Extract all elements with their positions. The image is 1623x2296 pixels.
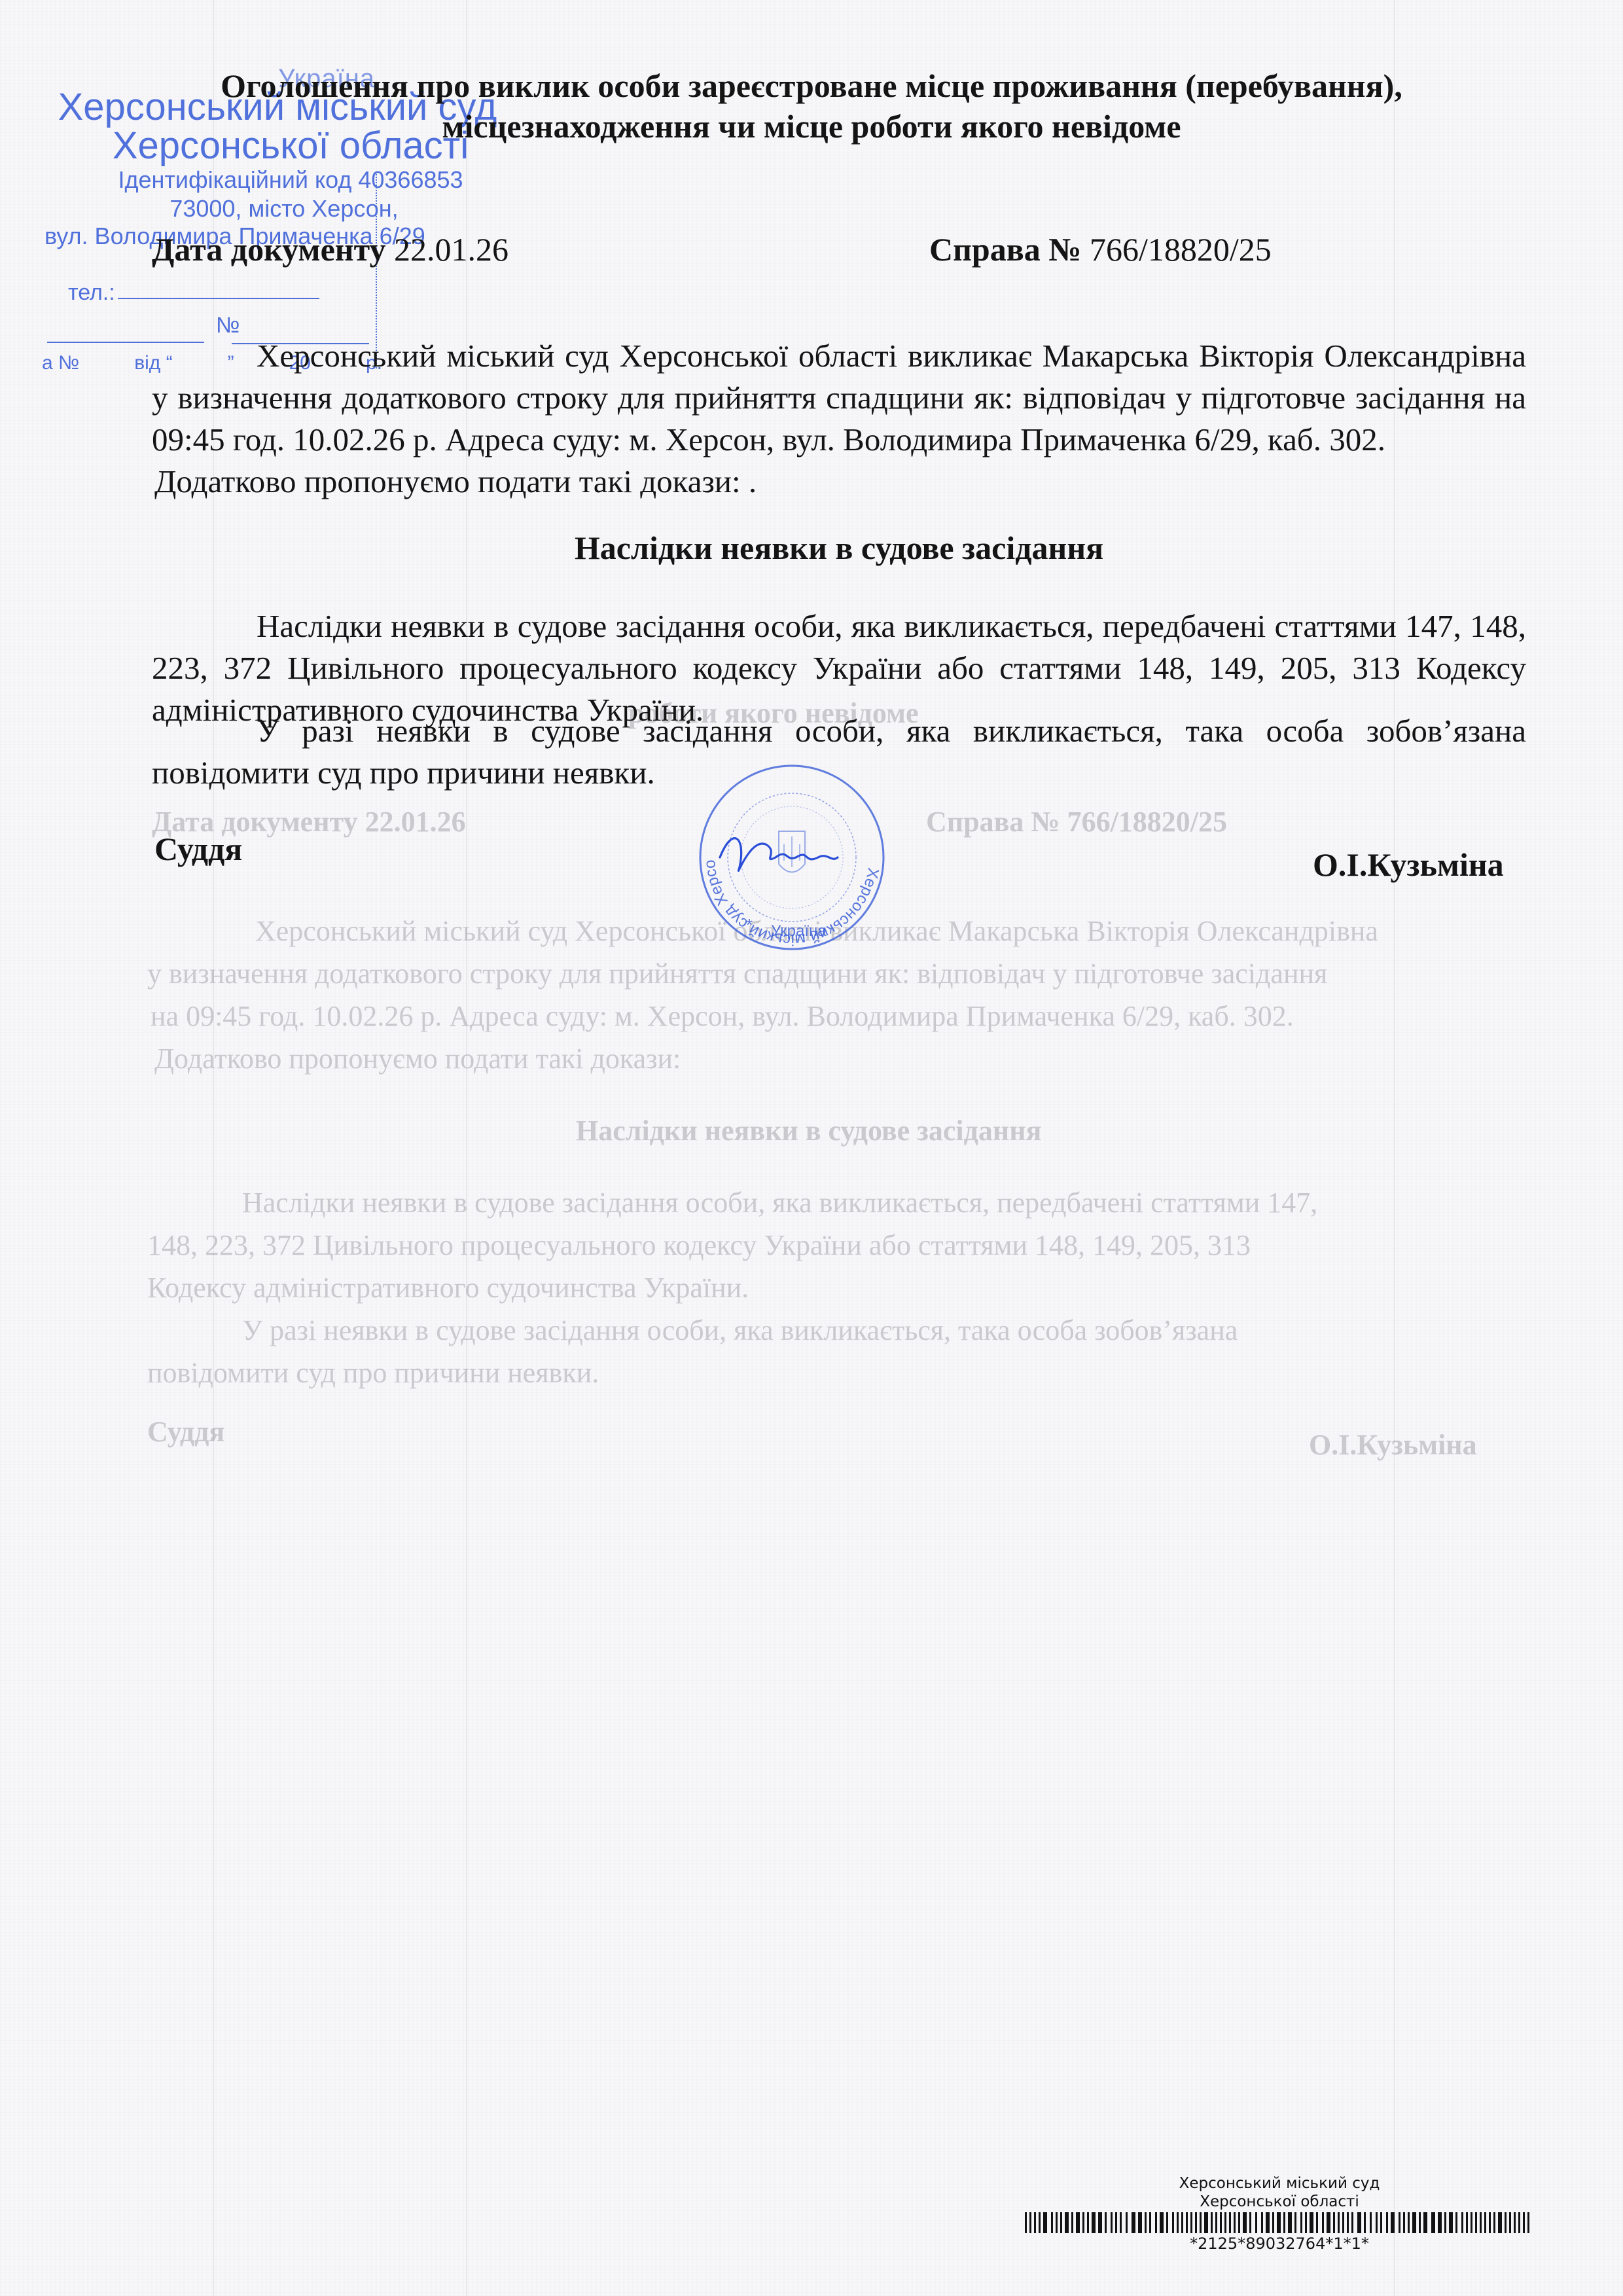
barcode-bar [1215, 2212, 1217, 2233]
barcode-bar [1466, 2212, 1468, 2233]
barcode-bar [1342, 2212, 1344, 2233]
barcode-bar [1419, 2212, 1421, 2233]
barcode-bar [1527, 2212, 1529, 2233]
barcode-bar [1034, 2212, 1036, 2233]
ghost-judge-label: Суддя [147, 1414, 224, 1450]
ghost-text-line: повідомити суд про причини неявки. [147, 1355, 599, 1391]
ghost-case: Справа № 766/18820/25 [926, 804, 1227, 840]
barcode-bar [1071, 2212, 1073, 2233]
barcode-bar [1087, 2212, 1089, 2233]
barcode-bar [1399, 2212, 1400, 2233]
barcode-bar [1166, 2212, 1168, 2233]
barcode [1025, 2212, 1534, 2233]
document-date: Дата документу 22.01.26 [152, 230, 508, 268]
barcode-bar [1115, 2212, 1117, 2233]
barcode-bar [1211, 2212, 1213, 2233]
barcode-bar [1145, 2212, 1147, 2233]
barcode-bar [1294, 2212, 1296, 2233]
barcode-bar [1076, 2212, 1080, 2233]
barcode-bar [1172, 2212, 1174, 2233]
document-title: Оголошення про виклик особи зареєстрован… [131, 65, 1492, 147]
ghost-text-line: Наслідки неявки в судове засідання особи… [242, 1185, 1317, 1221]
barcode-bar [1403, 2212, 1405, 2233]
barcode-bar [1126, 2212, 1128, 2233]
judge-name: О.І.Кузьміна [1313, 846, 1504, 884]
barcode-bar [1229, 2212, 1231, 2233]
barcode-bar [1310, 2212, 1313, 2233]
barcode-bar [1120, 2212, 1122, 2233]
ghost-judge-name: О.І.Кузьміна [1309, 1427, 1477, 1463]
barcode-bar [1249, 2212, 1251, 2233]
barcode-bar [1105, 2212, 1107, 2233]
barcode-bar [1423, 2212, 1427, 2233]
case-number: Справа № 766/18820/25 [929, 230, 1272, 268]
ghost-text-line: Додатково пропонуємо подати такі докази: [154, 1041, 681, 1077]
case-label: Справа № [929, 231, 1081, 268]
barcode-bar [1138, 2212, 1142, 2233]
ghost-text-line: у визначення додаткового строку для прий… [147, 956, 1327, 992]
title-line-2: місцезнаходження чи місце роботи якого н… [131, 106, 1492, 147]
case-value: 766/18820/25 [1090, 231, 1272, 268]
barcode-bar [1338, 2212, 1340, 2233]
barcode-bar [1190, 2212, 1192, 2233]
barcode-bar [1333, 2212, 1335, 2233]
seal-icon: Херсонський міський суд Херсонської обла… [694, 759, 890, 956]
barcode-bar [1272, 2212, 1274, 2233]
barcode-bar [1186, 2212, 1188, 2233]
barcode-bar [1300, 2212, 1302, 2233]
svg-text:Україна: Україна [771, 922, 827, 940]
barcode-bar [1155, 2212, 1157, 2233]
barcode-bar [1357, 2212, 1361, 2233]
barcode-bar [1505, 2212, 1507, 2233]
ghost-heading: Наслідки неявки в судове засідання [576, 1113, 1041, 1149]
barcode-bar [1493, 2212, 1495, 2233]
judge-label: Суддя [154, 830, 242, 868]
barcode-bar [1082, 2212, 1084, 2233]
stamp-city: 73000, місто Херсон, [55, 194, 513, 223]
court-seal: Херсонський міський суд Херсонської обла… [694, 759, 890, 956]
barcode-bar [1376, 2212, 1378, 2233]
barcode-bar [1266, 2212, 1270, 2233]
barcode-bar [1484, 2212, 1486, 2233]
barcode-bar [1322, 2212, 1324, 2233]
barcode-text: *2125*89032764*1*1* [1021, 2234, 1538, 2253]
stamp-ref-no: а № [42, 352, 79, 374]
barcode-bar [1305, 2212, 1307, 2233]
barcode-bar [1523, 2212, 1525, 2233]
barcode-bar [1471, 2212, 1472, 2233]
footer-court-line2: Херсонської області [1021, 2193, 1538, 2211]
title-line-1: Оголошення про виклик особи зареєстрован… [131, 65, 1492, 106]
barcode-bar [1132, 2212, 1135, 2233]
summons-text: Херсонський міський суд Херсонської обла… [152, 335, 1526, 461]
barcode-bar [1431, 2212, 1435, 2233]
barcode-bar [1351, 2212, 1353, 2233]
barcode-bar [1489, 2212, 1491, 2233]
stamp-id-code: Ідентифікаційний код 40366853 [68, 166, 513, 194]
evidence-text: Додатково пропонуємо подати такі докази:… [152, 461, 1526, 503]
barcode-bar [1498, 2212, 1502, 2233]
date-label: Дата документу [152, 231, 385, 268]
barcode-bar [1391, 2212, 1395, 2233]
barcode-bar [1475, 2212, 1477, 2233]
barcode-bar [1412, 2212, 1416, 2233]
barcode-bar [1461, 2212, 1463, 2233]
barcode-bar [1438, 2212, 1442, 2233]
ghost-text-line: У разі неявки в судове засідання особи, … [242, 1312, 1238, 1348]
barcode-bar [1277, 2212, 1281, 2233]
barcode-bar [1065, 2212, 1069, 2233]
barcode-bar [1255, 2212, 1257, 2233]
barcode-bar [1092, 2212, 1096, 2233]
ghost-text-line: на 09:45 год. 10.02.26 р. Адреса суду: м… [151, 998, 1294, 1034]
barcode-bar [1195, 2212, 1197, 2233]
barcode-bar [1056, 2212, 1058, 2233]
barcode-bar [1200, 2212, 1202, 2233]
barcode-bar [1480, 2212, 1482, 2233]
date-value: 22.01.26 [394, 231, 508, 268]
barcode-bar [1408, 2212, 1410, 2233]
footer-block: Херсонський міський суд Херсонської обла… [1021, 2174, 1538, 2253]
barcode-bar [1039, 2212, 1041, 2233]
barcode-bar [1514, 2212, 1516, 2233]
barcode-bar [1444, 2212, 1446, 2233]
barcode-bar [1509, 2212, 1511, 2233]
barcode-bar [1449, 2212, 1453, 2233]
barcode-bar [1177, 2212, 1179, 2233]
barcode-bar [1370, 2212, 1372, 2233]
barcode-bar [1518, 2212, 1520, 2233]
footer-court-line1: Херсонський міський суд [1021, 2174, 1538, 2193]
svg-text:*: * [746, 915, 753, 935]
barcode-bar [1098, 2212, 1102, 2233]
barcode-bar [1238, 2212, 1240, 2233]
stamp-tel-line [118, 298, 319, 299]
barcode-bar [1181, 2212, 1183, 2233]
barcode-bar [1288, 2212, 1292, 2233]
stamp-tel-label: тел.: [68, 280, 115, 306]
barcode-bar [1455, 2212, 1457, 2233]
barcode-bar [1160, 2212, 1164, 2233]
barcode-bar [1364, 2212, 1366, 2233]
ghost-text-line: 148, 223, 372 Цивільного процесуального … [147, 1227, 1251, 1263]
barcode-bar [1029, 2212, 1031, 2233]
barcode-bar [1386, 2212, 1388, 2233]
barcode-bar [1149, 2212, 1151, 2233]
barcode-bar [1261, 2212, 1263, 2233]
summons-paragraph: Херсонський міський суд Херсонської обла… [152, 335, 1526, 503]
barcode-bar [1380, 2212, 1382, 2233]
barcode-bar [1347, 2212, 1349, 2233]
barcode-bar [1283, 2212, 1285, 2233]
barcode-bar [1111, 2212, 1113, 2233]
barcode-bar [1043, 2212, 1047, 2233]
barcode-bar [1243, 2212, 1247, 2233]
ghost-text-line: Кодексу адміністративного судочинства Ук… [147, 1270, 749, 1306]
barcode-bar [1234, 2212, 1236, 2233]
barcode-bar [1327, 2212, 1330, 2233]
barcode-bar [1204, 2212, 1208, 2233]
barcode-bar [1316, 2212, 1318, 2233]
barcode-bar [1224, 2212, 1226, 2233]
barcode-bar [1060, 2212, 1062, 2233]
barcode-bar [1051, 2212, 1053, 2233]
section-heading: Наслідки неявки в судове засідання [152, 529, 1526, 567]
barcode-bar [1025, 2212, 1027, 2233]
barcode-bar [1220, 2212, 1222, 2233]
